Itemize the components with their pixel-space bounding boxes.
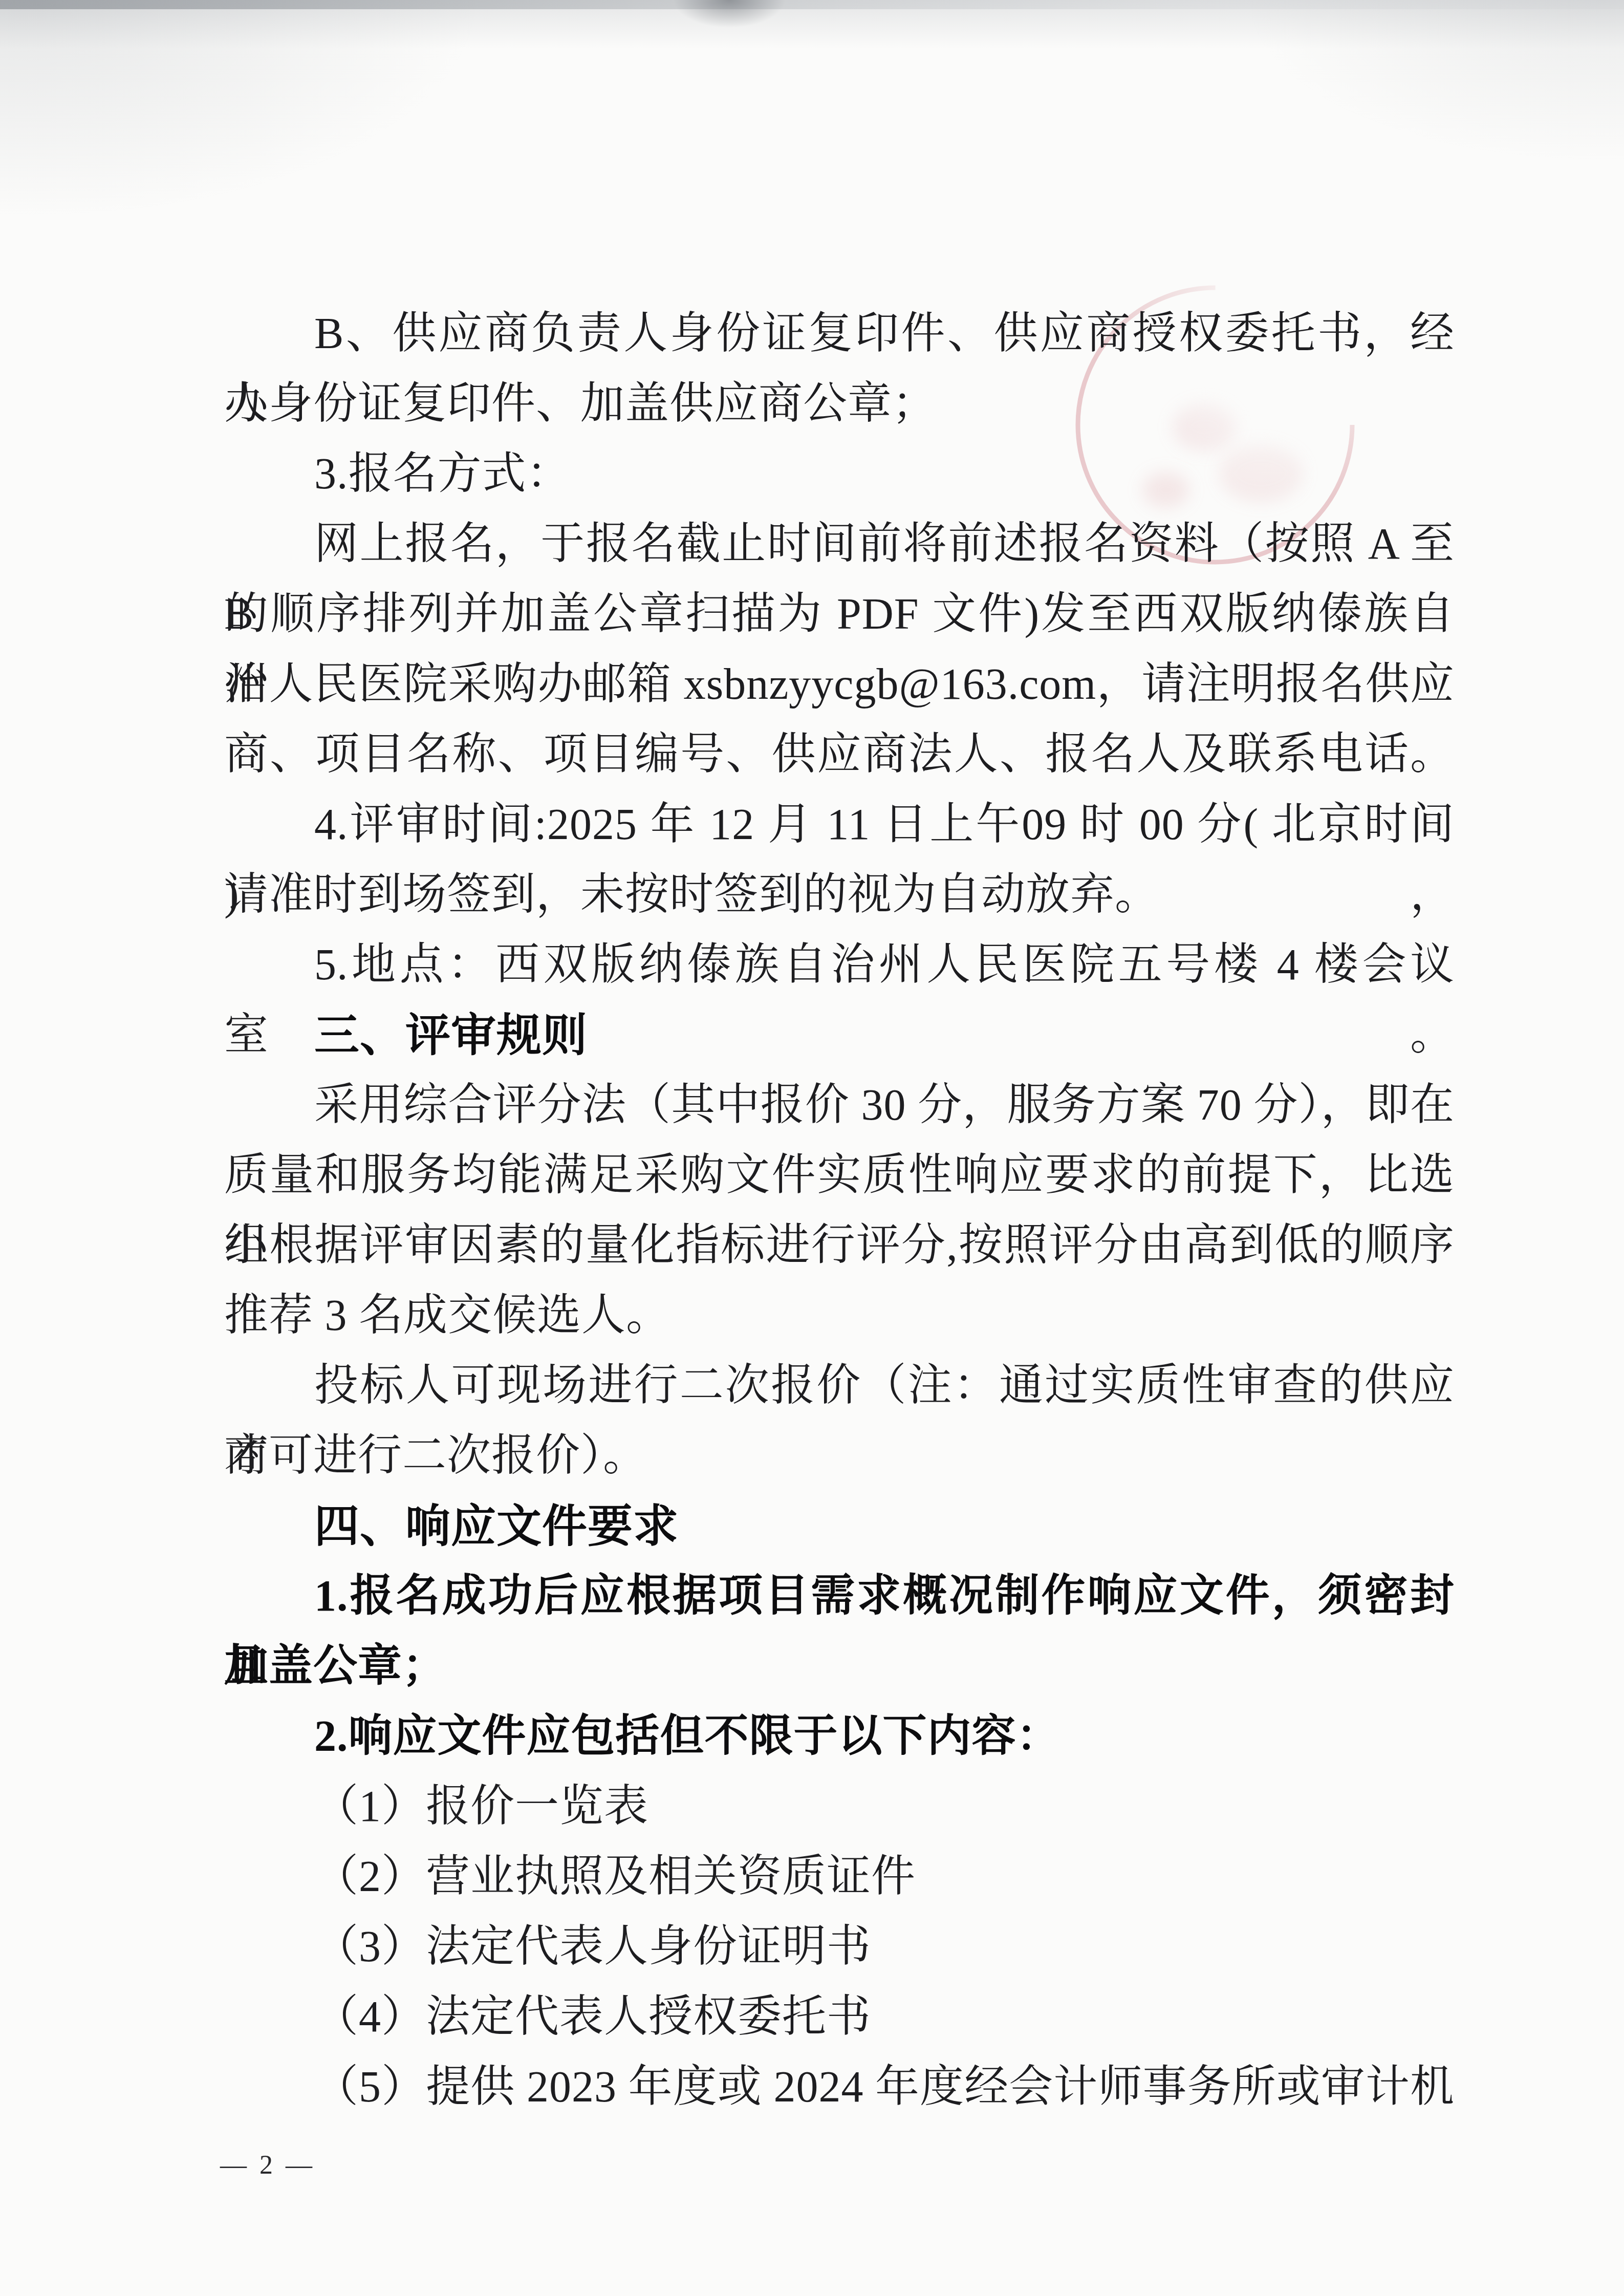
doc-line-item-quote-sheet: （1）报价一览表 <box>224 1771 1455 1841</box>
page-number: — 2 — <box>220 2142 315 2188</box>
doc-line-supplier-id-docs: B、供应商负责人身份证复印件、供应商授权委托书，经办 <box>224 298 1455 369</box>
doc-line-candidates: 推荐 3 名成交候选人。 <box>224 1280 1455 1350</box>
doc-line-item-business-license: （2）营业执照及相关资质证件 <box>224 1841 1455 1912</box>
doc-line-scoring-method: 采用综合评分法（其中报价 30 分，服务方案 70 分），即在 <box>224 1070 1455 1140</box>
doc-line-response-doc-rule: 1.报名成功后应根据项目需求概况制作响应文件，须密封且 <box>224 1561 1455 1631</box>
doc-line-response-doc-contents: 2.响应文件应包括但不限于以下内容： <box>224 1701 1455 1771</box>
document-body: B、供应商负责人身份证复印件、供应商授权委托书，经办 人身份证复印件、加盖供应商… <box>224 298 1455 2122</box>
scan-edge-shadow <box>0 0 1624 49</box>
section-heading-response-docs: 四、响应文件要求 <box>224 1491 1455 1561</box>
doc-line-email-note: 商、项目名称、项目编号、供应商法人、报名人及联系电话。 <box>224 719 1455 789</box>
doc-line-response-doc-rule-2: 加盖公章； <box>224 1631 1455 1701</box>
scan-corner-shadow-right <box>1240 0 1624 164</box>
doc-line-item-legal-rep-id: （3）法定代表人身份证明书 <box>224 1912 1455 1982</box>
scan-corner-shadow-left <box>0 0 486 220</box>
scan-edge-artifact <box>0 0 1624 9</box>
doc-line-second-quote: 投标人可现场进行二次报价（注：通过实质性审查的供应商 <box>224 1350 1455 1421</box>
doc-line-item-audit-report: （5）提供 2023 年度或 2024 年度经会计师事务所或审计机 <box>224 2052 1455 2122</box>
doc-line-item-legal-rep-proxy: （4）法定代表人授权委托书 <box>224 1982 1455 2052</box>
doc-line-supplier-id-docs-2: 人身份证复印件、加盖供应商公章； <box>224 369 1455 439</box>
doc-line-review-time: 4.评审时间:2025 年 12 月 11 日上午09 时 00 分( 北京时间… <box>224 789 1455 860</box>
doc-line-location: 5.地点：西双版纳傣族自治州人民医院五号楼 4 楼会议室。 <box>224 930 1455 1000</box>
doc-line-pdf-order: 的顺序排列并加盖公章扫描为 PDF 文件)发至西双版纳傣族自治 <box>224 579 1455 649</box>
scanned-document-page: B、供应商负责人身份证复印件、供应商授权委托书，经办 人身份证复印件、加盖供应商… <box>0 0 1624 2296</box>
doc-line-second-quote-2: 才可进行二次报价）。 <box>224 1421 1455 1491</box>
doc-line-registration-method: 3.报名方式： <box>224 439 1455 509</box>
doc-line-scoring-method-3: 组根据评审因素的量化指标进行评分,按照评分由高到低的顺序 <box>224 1210 1455 1280</box>
scan-edge-notch <box>655 0 804 37</box>
doc-line-scoring-method-2: 质量和服务均能满足采购文件实质性响应要求的前提下，比选小 <box>224 1140 1455 1210</box>
doc-line-online-registration: 网上报名，于报名截止时间前将前述报名资料（按照 A 至 B <box>224 509 1455 579</box>
doc-line-email-address: 州人民医院采购办邮箱 xsbnzyycgb@163.com，请注明报名供应 <box>224 649 1455 719</box>
